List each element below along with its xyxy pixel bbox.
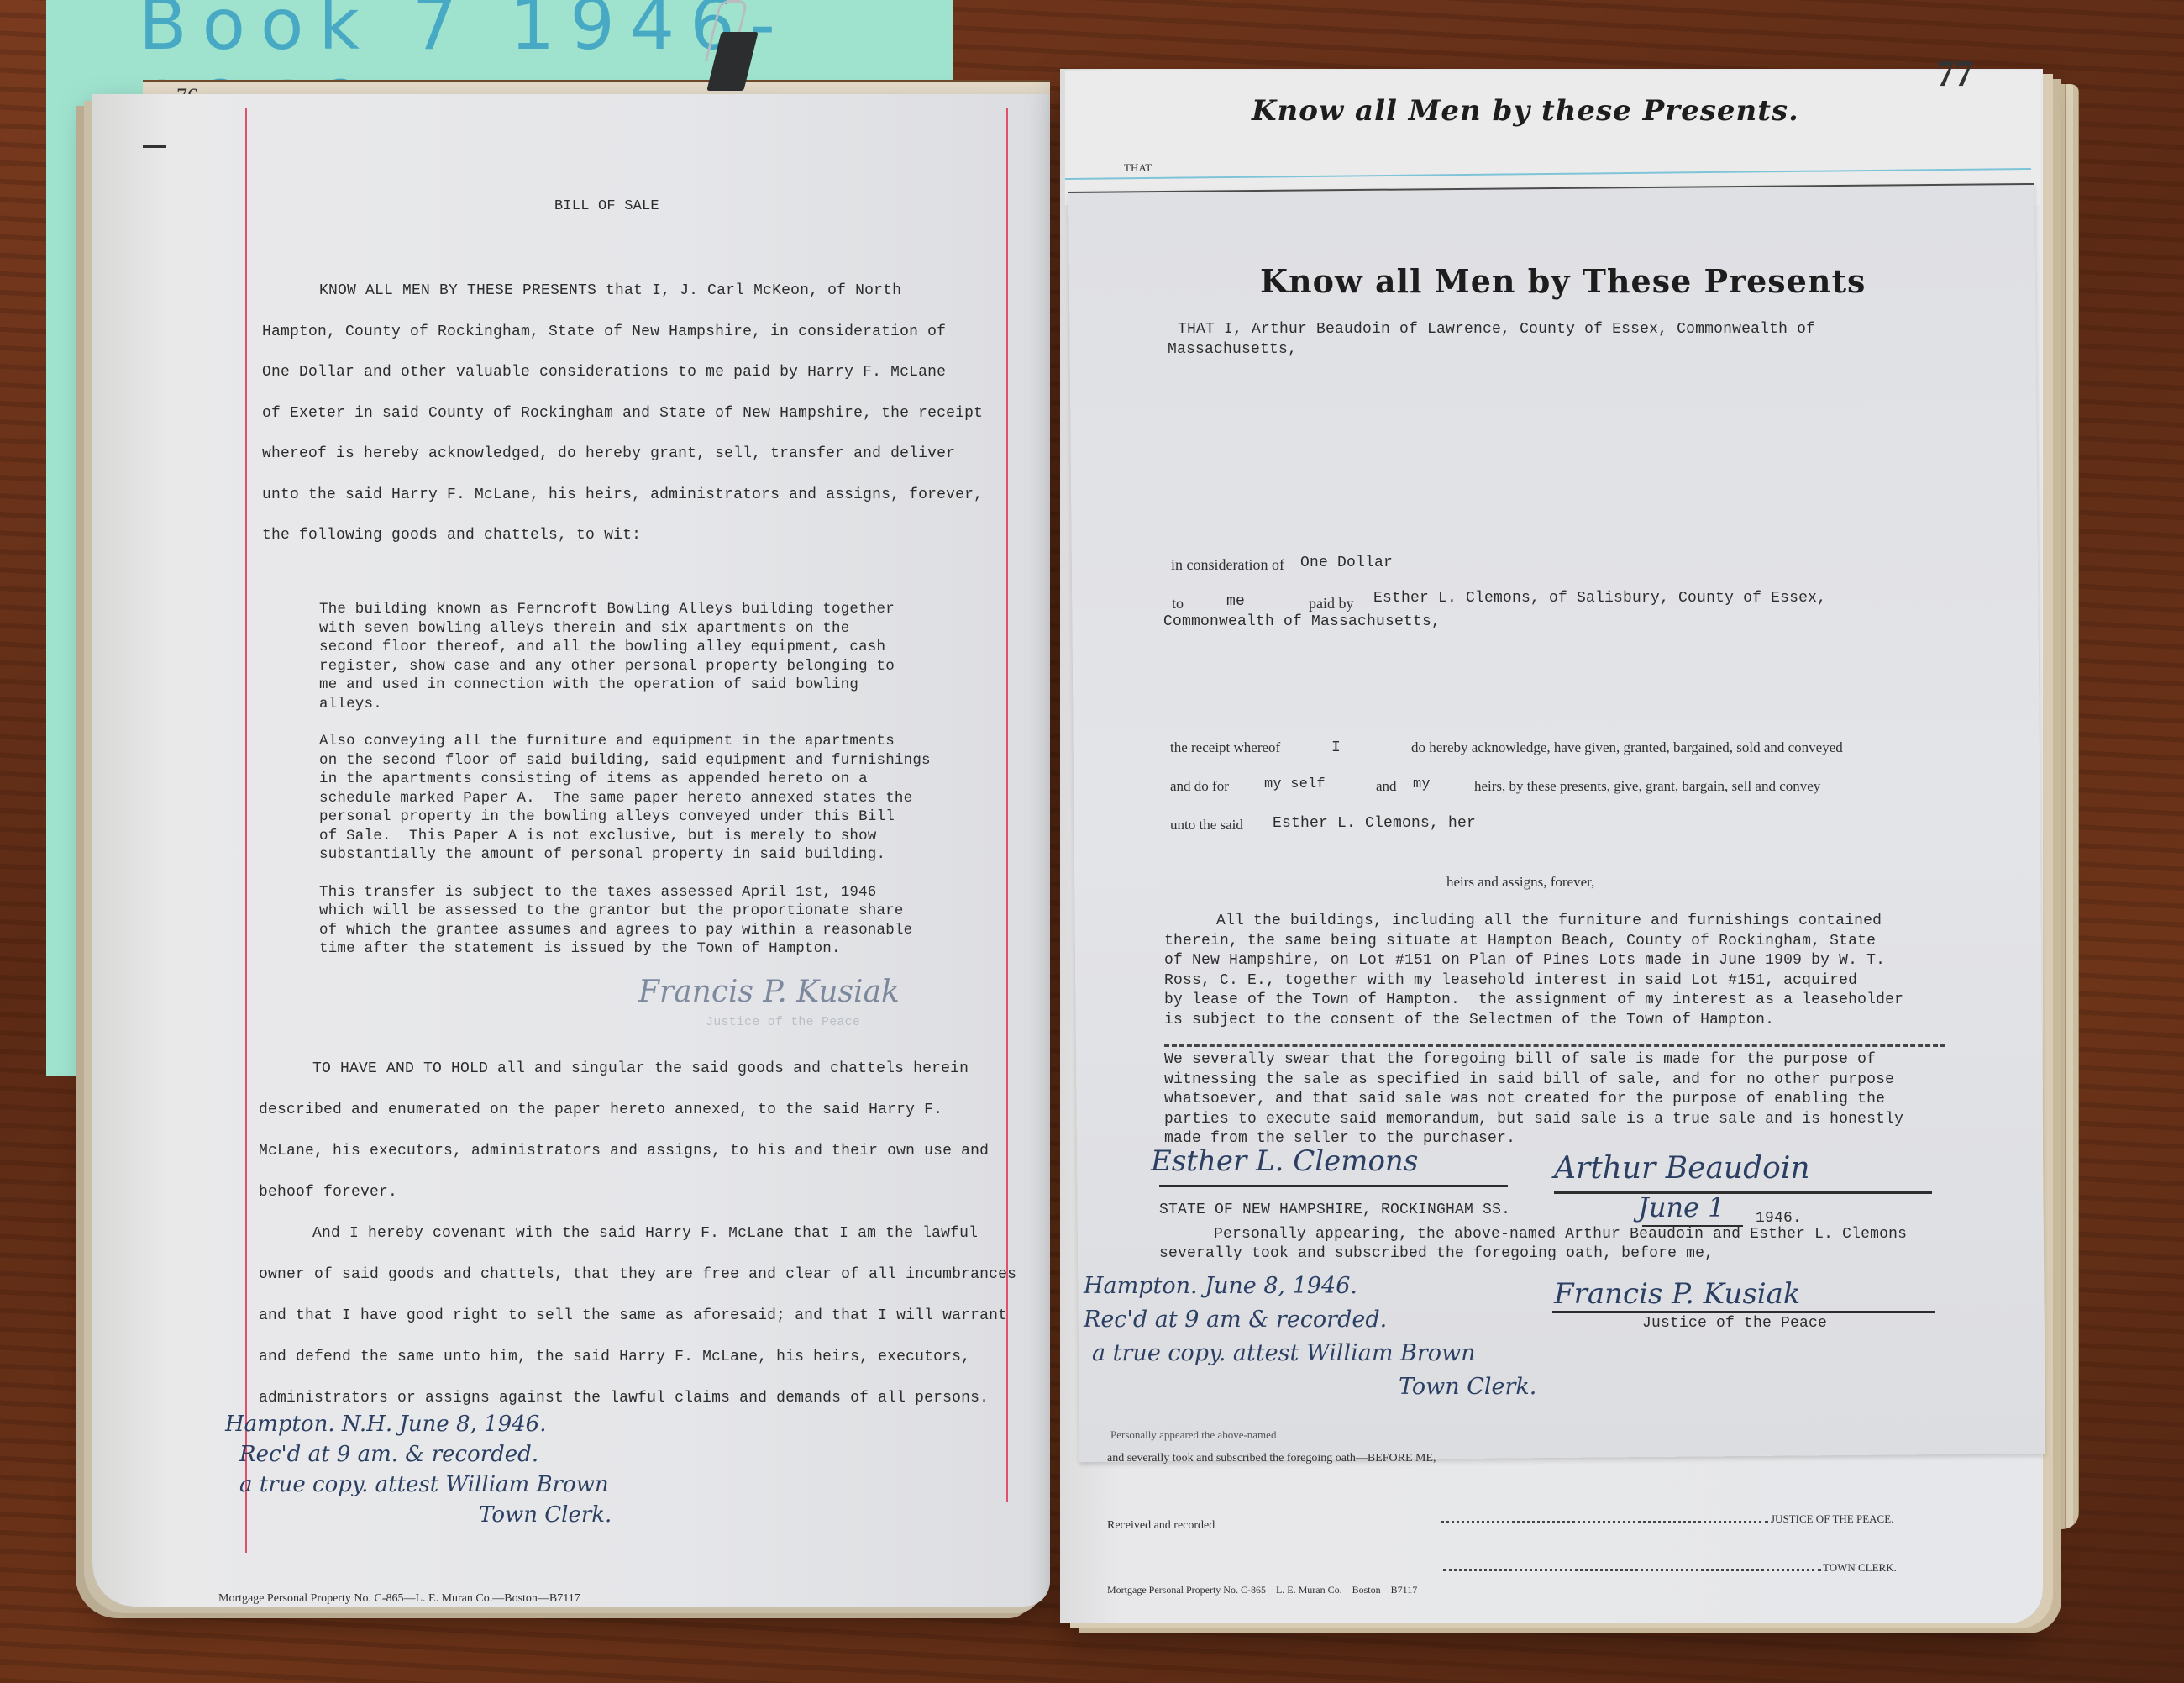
right-margin-rule bbox=[1006, 108, 1008, 1502]
property-line: is subject to the consent of the Selectm… bbox=[1164, 1011, 1774, 1030]
handwritten-line: a true copy. attest William Brown bbox=[239, 1472, 609, 1497]
and-value: my bbox=[1413, 776, 1431, 792]
ack-date-handwritten: June 1 bbox=[1638, 1191, 1725, 1223]
and-label: and bbox=[1376, 778, 1397, 795]
closing-line: administrators or assigns against the la… bbox=[259, 1390, 989, 1407]
schedule-line: This transfer is subject to the taxes as… bbox=[319, 883, 877, 902]
oath-line: parties to execute said memorandum, but … bbox=[1164, 1110, 1903, 1129]
closing-line: owner of said goods and chattels, that t… bbox=[259, 1266, 1016, 1283]
buyer-signature-line bbox=[1159, 1185, 1508, 1187]
schedule-line: on the second floor of said building, sa… bbox=[319, 751, 931, 770]
oath-line: We severally swear that the foregoing bi… bbox=[1164, 1050, 1876, 1070]
oath-line: whatsoever, and that said sale was not c… bbox=[1164, 1090, 1885, 1109]
handwritten-line: Rec'd at 9 am & recorded. bbox=[1084, 1307, 1387, 1333]
consideration-value: One Dollar bbox=[1300, 555, 1393, 571]
bleed-through-caption: Justice of the Peace bbox=[706, 1015, 860, 1029]
property-line: by lease of the Town of Hampton. the ass… bbox=[1164, 991, 1903, 1010]
schedule-line: Also conveying all the furniture and equ… bbox=[319, 732, 895, 751]
handwritten-line: Town Clerk. bbox=[479, 1502, 612, 1528]
justice-signature-line bbox=[1552, 1311, 1935, 1313]
opening-line: Hampton, County of Rockingham, State of … bbox=[262, 323, 946, 340]
handwritten-line: Town Clerk. bbox=[1399, 1374, 1536, 1400]
closing-line: TO HAVE AND TO HOLD all and singular the… bbox=[312, 1060, 969, 1077]
form-heading: Know all Men by these Presents. bbox=[1252, 94, 1799, 128]
receipt-rest: do hereby acknowledge, have given, grant… bbox=[1411, 739, 1843, 756]
justice-signature: Francis P. Kusiak bbox=[1554, 1277, 1801, 1311]
closing-line: described and enumerated on the paper he… bbox=[259, 1102, 942, 1118]
do-for-label: and do for bbox=[1170, 778, 1229, 795]
handwritten-line: Hampton. N.H. June 8, 1946. bbox=[225, 1412, 546, 1437]
justice-caption: Justice of the Peace bbox=[1642, 1315, 1827, 1332]
property-line: therein, the same being situate at Hampt… bbox=[1164, 932, 1876, 951]
handwritten-line: Hampton. June 8, 1946. bbox=[1084, 1273, 1357, 1299]
paid-by-value: Esther L. Clemons, of Salisbury, County … bbox=[1373, 590, 1826, 607]
unto-label: unto the said bbox=[1170, 817, 1243, 834]
bleed-through-signature: Francis P. Kusiak bbox=[638, 975, 900, 1009]
schedule-line: register, show case and any other person… bbox=[319, 657, 895, 676]
form-justice-caption: JUSTICE OF THE PEACE. bbox=[1771, 1512, 1893, 1526]
inset-heading: Know all Men by These Presents bbox=[1260, 262, 1866, 300]
left-margin-rule bbox=[245, 108, 247, 1553]
justice-dotted-line bbox=[1441, 1521, 1768, 1523]
closing-line: And I hereby covenant with the said Harr… bbox=[312, 1225, 978, 1242]
form-oath: and severally took and subscribed the fo… bbox=[1107, 1452, 1436, 1465]
schedule-line: personal property in the bowling alleys … bbox=[319, 807, 895, 827]
schedule-line: The building known as Ferncroft Bowling … bbox=[319, 600, 895, 619]
dashed-divider bbox=[1164, 1044, 1945, 1047]
handwritten-line: Rec'd at 9 am. & recorded. bbox=[239, 1442, 538, 1467]
unto-value: Esther L. Clemons, her bbox=[1273, 815, 1476, 832]
receipt-value: I bbox=[1331, 739, 1341, 756]
to-label: to bbox=[1172, 595, 1184, 613]
grantor-line: Massachusetts, bbox=[1168, 341, 1297, 358]
form-appeared: Personally appeared the above-named bbox=[1110, 1428, 1276, 1442]
schedule-line: alleys. bbox=[319, 695, 382, 714]
handwritten-line: a true copy. attest William Brown bbox=[1092, 1340, 1476, 1366]
schedule-line: substantially the amount of personal pro… bbox=[319, 845, 885, 865]
opening-line: KNOW ALL MEN BY THESE PRESENTS that I, J… bbox=[319, 282, 901, 299]
form-that-label: THAT bbox=[1124, 161, 1152, 175]
left-page-footer: Mortgage Personal Property No. C-865—L. … bbox=[218, 1592, 580, 1606]
property-line: of New Hampshire, on Lot #151 on Plan of… bbox=[1164, 951, 1885, 970]
do-for-value: my self bbox=[1264, 776, 1326, 792]
receipt-label: the receipt whereof bbox=[1170, 739, 1280, 756]
property-line: All the buildings, including all the fur… bbox=[1216, 912, 1882, 931]
ack-date-year: 1946. bbox=[1756, 1210, 1802, 1227]
opening-line: One Dollar and other valuable considerat… bbox=[262, 364, 946, 381]
heirs-rest: heirs, by these presents, give, grant, b… bbox=[1474, 778, 1820, 795]
oath-line: witnessing the sale as specified in said… bbox=[1164, 1070, 1894, 1090]
right-page-footer: Mortgage Personal Property No. C-865—L. … bbox=[1107, 1584, 1417, 1596]
schedule-line: which will be assessed to the grantor bu… bbox=[319, 902, 904, 921]
schedule-line: in the apartments consisting of items as… bbox=[319, 770, 868, 789]
closing-line: behoof forever. bbox=[259, 1184, 397, 1201]
schedule-line: second floor thereof, and all the bowlin… bbox=[319, 638, 885, 657]
page-dash-mark bbox=[143, 145, 166, 148]
consideration-label: in consideration of bbox=[1171, 556, 1284, 574]
schedule-line: of Sale. This Paper A is not exclusive, … bbox=[319, 827, 877, 846]
acknowledgment-line: Personally appearing, the above-named Ar… bbox=[1214, 1225, 1907, 1244]
schedule-line: me and used in connection with the opera… bbox=[319, 676, 858, 695]
schedule-line: with seven bowling alleys therein and si… bbox=[319, 619, 849, 639]
seller-signature: Arthur Beaudoin bbox=[1554, 1151, 1810, 1186]
form-clerk-caption: TOWN CLERK. bbox=[1823, 1561, 1897, 1575]
closing-line: and that I have good right to sell the s… bbox=[259, 1307, 1007, 1324]
property-line: Ross, C. E., together with my leasehold … bbox=[1164, 971, 1857, 991]
clerk-dotted-line bbox=[1443, 1569, 1821, 1571]
to-value: me bbox=[1226, 593, 1245, 610]
schedule-line: schedule marked Paper A. The same paper … bbox=[319, 789, 912, 808]
grantor-line: THAT I, Arthur Beaudoin of Lawrence, Cou… bbox=[1178, 321, 1815, 338]
closing-line: and defend the same unto him, the said H… bbox=[259, 1349, 970, 1365]
opening-line: the following goods and chattels, to wit… bbox=[262, 527, 641, 544]
opening-line: unto the said Harry F. McLane, his heirs… bbox=[262, 486, 983, 503]
opening-line: whereof is hereby acknowledged, do hereb… bbox=[262, 445, 955, 462]
right-page-number: 77 bbox=[1936, 52, 1973, 95]
schedule-line: of which the grantee assumes and agrees … bbox=[319, 921, 912, 940]
acknowledgment-line: severally took and subscribed the forego… bbox=[1159, 1244, 1714, 1264]
venue: STATE OF NEW HAMPSHIRE, ROCKINGHAM SS. bbox=[1159, 1202, 1510, 1218]
form-received: Received and recorded bbox=[1107, 1519, 1215, 1533]
closing-line: McLane, his executors, administrators an… bbox=[259, 1143, 989, 1160]
paid-by-value-2: Commonwealth of Massachusetts, bbox=[1163, 613, 1441, 630]
seller-signature-line bbox=[1554, 1191, 1932, 1194]
schedule-line: time after the statement is issued by th… bbox=[319, 939, 841, 959]
paid-by-label: paid by bbox=[1309, 595, 1354, 613]
heirs-assigns: heirs and assigns, forever, bbox=[1446, 874, 1594, 891]
buyer-signature: Esther L. Clemons bbox=[1151, 1144, 1418, 1178]
binder-clip bbox=[706, 0, 764, 92]
bill-of-sale-title: BILL OF SALE bbox=[554, 198, 659, 214]
opening-line: of Exeter in said County of Rockingham a… bbox=[262, 405, 983, 422]
